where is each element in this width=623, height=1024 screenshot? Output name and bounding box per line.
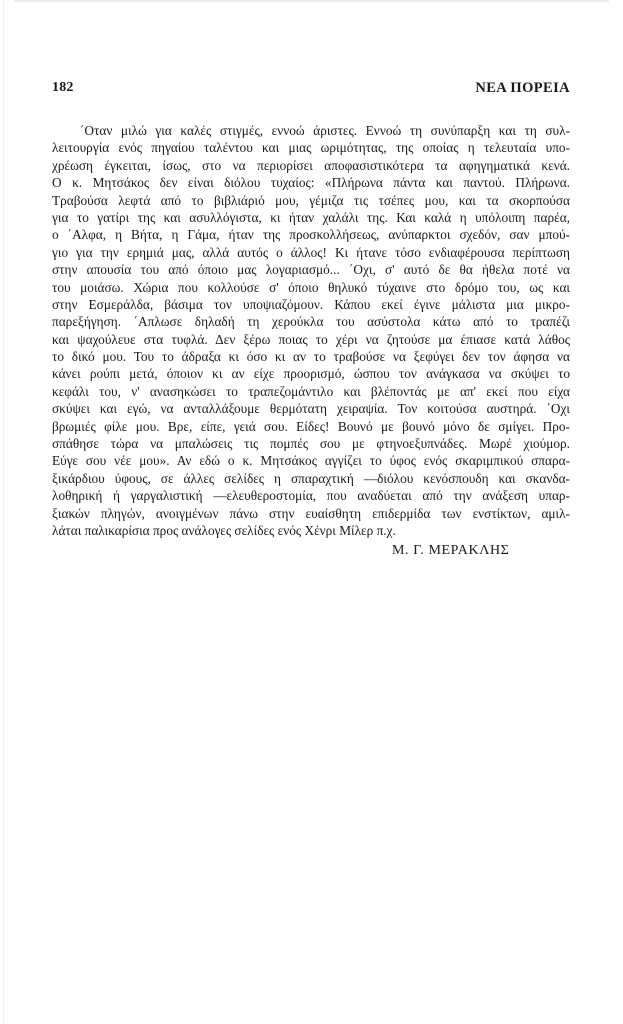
text-line: λοθηρική ή γαργαλιστική —ελευθεροστομία,… [52, 487, 570, 504]
text-line: σκύψει και εγώ, να ανταλλάξουμε θερμότατ… [52, 400, 570, 417]
text-line: ξικάρδιου ύφους, σε άλλες σελίδες η σπαρ… [52, 470, 570, 487]
text-line: χρέωση έγκειται, ίσως, στο να περιορίσει… [52, 157, 570, 174]
page-number: 182 [52, 80, 74, 96]
text-line: παρεξήγηση. ΄Απλωσε δηλαδή τη χερούκλα τ… [52, 313, 570, 330]
page-edge-left [3, 0, 4, 1024]
text-line: και ψαχούλευε στα τυφλά. Δεν ξέρω ποιας … [52, 331, 570, 348]
text-line: Εύγε σου νέε μου». Αν εδώ ο κ. Μητσάκος … [52, 452, 570, 469]
text-line: Ο κ. Μητσάκος δεν είναι διόλου τυχαίος: … [52, 174, 570, 191]
text-line: ΄Οταν μιλώ για καλές στιγμές, εννοώ άρισ… [52, 122, 570, 139]
body-paragraph: ΄Οταν μιλώ για καλές στιγμές, εννοώ άρισ… [52, 122, 570, 539]
journal-title: ΝΕΑ ΠΟΡΕΙΑ [475, 80, 570, 97]
text-line: σπάθησε τώρα να μπαλώσεις τις πομπές σου… [52, 435, 570, 452]
text-line: ο ΄Αλφα, η Βήτα, η Γάμα, ήταν της προσκο… [52, 226, 570, 243]
text-line: κάνει ρούπι μετά, όποιον κι αν είχε προο… [52, 365, 570, 382]
author-signature: Μ. Γ. ΜΕΡΑΚΛΗΣ [392, 543, 509, 559]
text-line: του μοιάσω. Χώρια που κολλούσε σ' όποιο … [52, 279, 570, 296]
text-line: το δικό μου. Του το άδραξα κι όσο κι αν … [52, 348, 570, 365]
text-line: Τραβούσα λεφτά από το βιβλιάριό μου, γέμ… [52, 192, 570, 209]
document-page: 182 ΝΕΑ ΠΟΡΕΙΑ ΄Οταν μιλώ για καλές στιγ… [0, 0, 623, 1024]
page-edge-top [14, 0, 609, 2]
text-line: κεφάλι του, ν' ανασηκώσει το τραπεζομάντ… [52, 383, 570, 400]
text-line: βρωμιές φίλε μου. Βρε, είπε, γειά σου. Ε… [52, 418, 570, 435]
text-line: λάται παλικαρίσια προς ανάλογες σελίδες … [52, 522, 570, 539]
text-line: γιο για την ερημιά μας, αλλά αυτός ο άλλ… [52, 244, 570, 261]
text-line: στην απουσία του από όποιο μας λογαριασμ… [52, 261, 570, 278]
text-line: για το γατίρι της και ασυλλόγιστα, κι ήτ… [52, 209, 570, 226]
running-head: 182 ΝΕΑ ΠΟΡΕΙΑ [52, 80, 570, 100]
text-line: στην Εσμεράλδα, βάσιμα τον υποψιαζόμουν.… [52, 296, 570, 313]
text-line: ξιακών πληγών, ανοιγμένων πάνω στην ευαί… [52, 505, 570, 522]
text-line: λειτουργία ενός πηγαίου ταλέντου και μια… [52, 139, 570, 156]
